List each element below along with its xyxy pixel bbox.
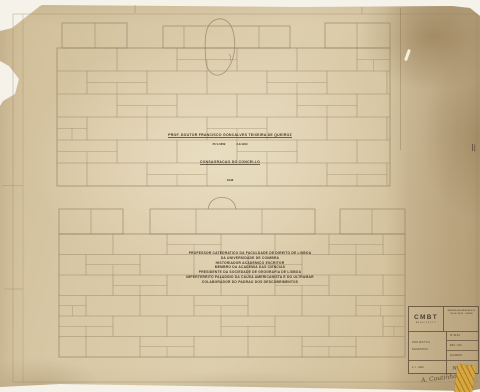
scale-value: ESC. 1:20 [447,340,478,350]
project-number: Nº 44.44 [447,332,478,341]
upper-inscription: PROF. DOUTOR FRANCISCO GONCALVES TEIXEIR… [155,123,305,146]
dedication-line: CONSAGRACAO DO CONCELLO [200,160,260,165]
inscription-line: COLABORADOR DO PADRAO DOS DESCOBRIMENTOS [202,280,298,285]
date-value: 4 - I - 1944 [409,361,447,375]
address-line-1: AVENIDA DA LIBERDADE 34 [448,310,475,312]
memorial-dates: 25-V-1869 3-II-1944 [155,142,305,146]
edge-pencil-mark [472,144,473,151]
title-block-middle-row: PROJECTOU DESENHOU Nº 44.44 ESC. 1:20 AL… [409,331,478,360]
label-desenhou: DESENHOU [412,348,446,351]
death-date: 3-II-1944 [236,142,247,146]
paper-crease [400,8,401,150]
dedication-block: CONSAGRACAO DO CONCELLO 1948 [178,150,282,186]
lower-inscription: PROFESSOR CATEDRATICO DA FACULDADE DE DI… [130,251,370,285]
scanned-drawing-sheet: PROF. DOUTOR FRANCISCO GONCALVES TEIXEIR… [0,0,480,392]
title-block-values: Nº 44.44 ESC. 1:20 ALCADOS [447,332,478,360]
archival-tape-stamp [454,364,476,392]
label-projectou: PROJECTOU [412,341,446,344]
architect-logo-cell: CMBT ARQUITECTO [409,307,444,331]
architect-title: ARQUITECTO [416,322,437,324]
memorial-name-line: PROF. DOUTOR FRANCISCO GONCALVES TEIXEIR… [168,133,292,138]
title-block: CMBT ARQUITECTO AVENIDA DA LIBERDADE 34 … [408,306,479,374]
dedication-year: 1948 [227,178,233,182]
sheet-content-label: ALCADOS [447,350,478,360]
architect-monogram: CMBT [414,314,438,321]
birth-date: 25-V-1869 [212,142,225,146]
title-block-header-row: CMBT ARQUITECTO AVENIDA DA LIBERDADE 34 … [409,307,478,331]
address-line-2: TELEF. 45678 · LISBOA [450,313,473,315]
architect-address: AVENIDA DA LIBERDADE 34 TELEF. 45678 · L… [444,307,478,331]
title-block-labels: PROJECTOU DESENHOU [409,332,447,360]
